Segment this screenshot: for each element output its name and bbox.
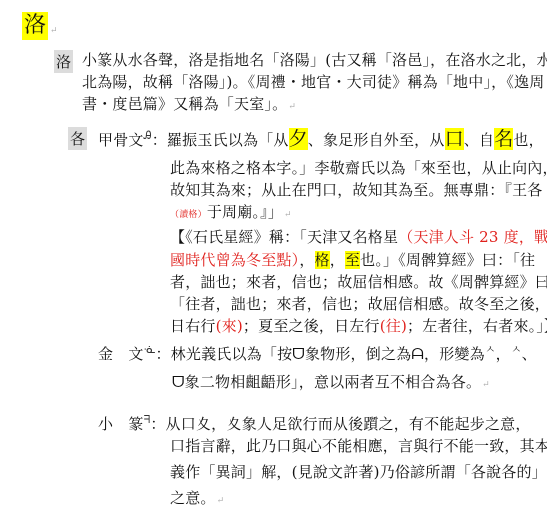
highlight-xi: 夕 [289,128,308,150]
symbol-inverted-icon: ᗩ [411,345,424,363]
xiaozhuan-line-3: 義作「異詞」解，(見說文許著)乃俗諺所謂「各說各的」 [170,463,547,481]
reading-note: （讀格） [170,210,207,220]
jiagu-label: 甲骨文 [98,131,144,149]
shishi-line-1: 【《石氏星經》稱：「天津又名格星（天津人斗 23 度，戰 [170,228,547,246]
shishi-line-3: 者，詘也；來者，信也；故屈信相感。故《周髀算經》曰： [170,273,547,291]
xiaozhuan-line-1: 小 篆ᖷ：从口夊，夊𡕒象人足欲行而从後躓之，有不能起步之意， [98,411,531,436]
xiaozhuan-label: 小 篆 [98,415,144,433]
jinwen-label: 金 文 [98,345,144,363]
jiagu-line-4: （讀格）于周廟。』」↵ [170,203,292,224]
shishi-line-5: 日右行(來)；夏至之後，日左行(往)；左者往，右者來。」】↵ [170,317,547,338]
highlight-ming: 名 [494,128,513,150]
xiaozhuan-line-4: 之意。↵ [170,489,224,510]
highlight-ge: 格 [315,251,330,269]
shishi-line-2: 國時代曾為冬至點），格，至也。」《周髀算經》曰：「往 [170,251,535,269]
shishi-line-4: 「往者，詘也；來者，信也；故屈信相感。故冬至之後， [170,295,547,313]
symbol-object-icon: ᗜ [172,373,185,391]
jiagu-line-2: 此為來格之格本字。」李敬齋氏以為「來至也，从止向內， [170,159,547,177]
paragraph-mark: ↵ [217,496,225,506]
entry-luo-line-1: 小篆从水各聲，洛是指地名「洛陽」(古又稱「洛邑」，在洛水之北，水 [82,51,547,69]
xiaozhuan-line-2: 口指言辭，此乃口與心不能相應，言與行不能一致，其本 [170,437,547,455]
oracle-bone-glyph-icon: Ꭿ [144,127,152,145]
paragraph-mark: ↵ [284,210,292,220]
paragraph-mark: ↵ [482,380,490,390]
title-character: 洛 [22,12,48,40]
jinwen-line-1: 金 文ᓍ：林光義氏以為「按ᗜ象物形，倒之為ᗩ，形變為ㅅ，ㅅ、 [98,341,537,363]
symbol-object-icon: ᗜ [292,345,305,363]
jiagu-line-3: 故知其為來；从止在門口，故知其為至。無專鼎：『王各 [170,181,543,199]
entry-head-ge: 各 [68,127,87,150]
highlight-kou: 口 [445,128,464,150]
bronze-glyph-icon: ᓍ [144,341,156,359]
highlight-zhi: 至 [345,251,360,269]
entry-head-luo: 洛 [54,50,73,73]
entry-luo-line-2: 北為陽，故稱「洛陽」)。《周禮・地官・大司徒》稱為「地中」，《逸周 [82,73,544,91]
symbol-variant2-icon: ㅅ [511,341,522,359]
symbol-variant1-icon: ㅅ [485,341,496,359]
entry-luo-line-3: 書・度邑篇》又稱為「天室」。↵ [82,95,296,116]
paragraph-mark: ↵ [50,26,58,36]
jiagu-line-1: 甲骨文Ꭿ：羅振玉氏以為「从夕、象足形自外至，从口、自名也， [98,127,544,149]
jinwen-line-2: ᗜ象二物相齟齬形」，意以兩者互不相合為各。↵ [172,373,490,394]
paragraph-mark: ↵ [288,102,296,112]
